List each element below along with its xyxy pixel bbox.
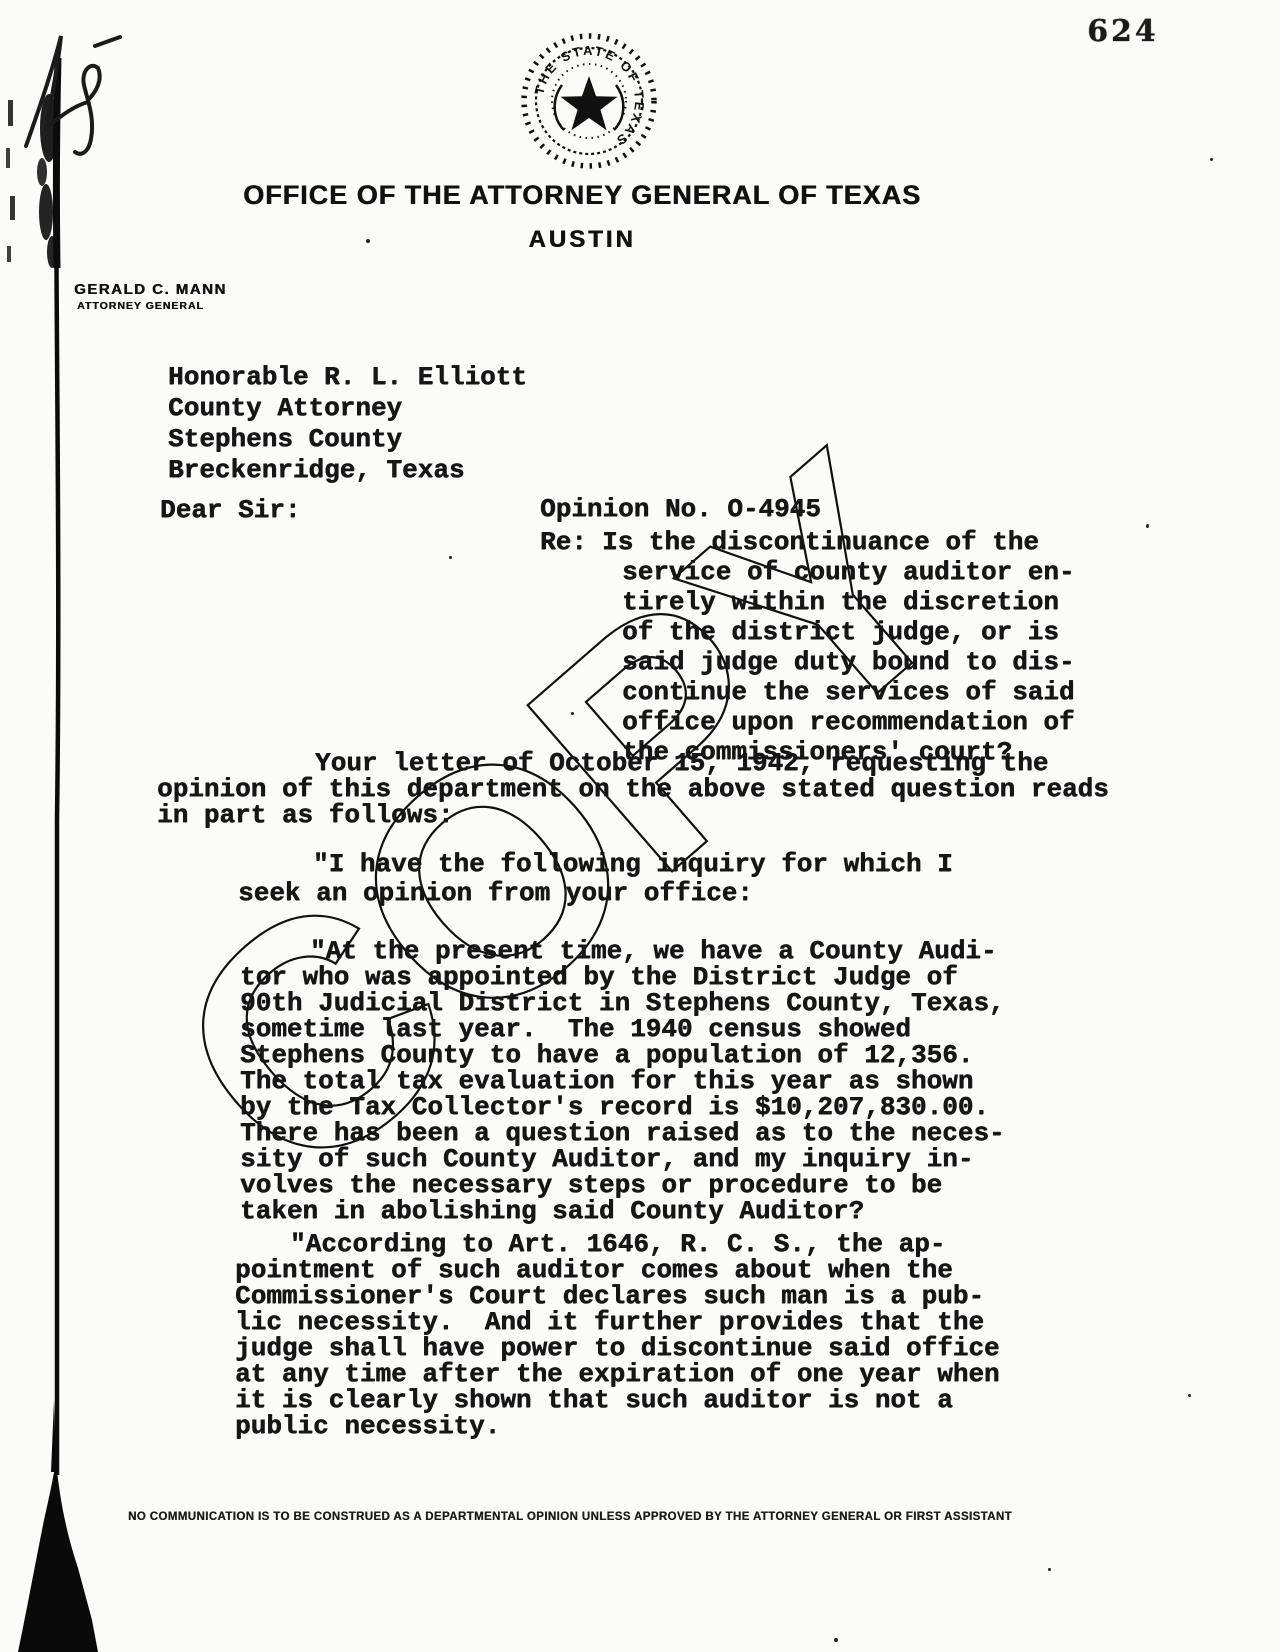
text-line: tirely within the discretion <box>602 587 1074 617</box>
letterhead-role: ATTORNEY GENERAL <box>77 300 204 312</box>
text-line: office upon recommendation of <box>602 707 1074 737</box>
text-line: service of county auditor en- <box>602 557 1074 587</box>
scan-speck <box>1210 158 1213 161</box>
quoted-paragraph-present-time: "At the present time, we have a County A… <box>240 939 1005 1225</box>
scan-speck <box>571 712 574 715</box>
star-icon <box>561 76 618 130</box>
re-subject-text: Is the discontinuance of theservice of c… <box>602 527 1074 767</box>
text-line: of the district judge, or is <box>602 617 1074 647</box>
text-line: Honorable R. L. Elliott <box>168 362 527 393</box>
scanned-letter-page: THE STATE OF TEXAS COPY 624 OFFICE OF TH… <box>0 0 1280 1652</box>
opinion-number: Opinion No. O-4945 <box>540 497 821 522</box>
scan-edge-artifact <box>0 0 140 1652</box>
text-line: Stephens County <box>168 424 527 455</box>
text-line: "I have the following inquiry for which … <box>238 850 953 879</box>
text-line: County Attorney <box>168 393 527 424</box>
recipient-address: Honorable R. L. ElliottCounty AttorneySt… <box>168 362 527 486</box>
scan-speck <box>366 239 370 243</box>
text-line: Is the discontinuance of the <box>602 527 1074 557</box>
header-subtitle: AUSTIN <box>197 226 967 254</box>
text-line: Breckenridge, Texas <box>168 455 527 486</box>
quoted-paragraph-according: "According to Art. 1646, R. C. S., the a… <box>235 1232 1000 1440</box>
letterhead-name: GERALD C. MANN <box>74 281 227 298</box>
text-line: public necessity. <box>235 1414 1000 1440</box>
scan-speck <box>449 556 452 559</box>
text-line: in part as follows: <box>157 803 1109 829</box>
re-label: Re: <box>540 527 587 557</box>
scan-speck <box>622 762 626 765</box>
handwritten-annotation <box>26 36 120 154</box>
text-line: continue the services of said <box>602 677 1074 707</box>
state-of-texas-seal-icon: THE STATE OF TEXAS <box>514 26 664 176</box>
text-line: taken in abolishing said County Auditor? <box>240 1199 1005 1225</box>
quoted-paragraph-inquiry: "I have the following inquiry for which … <box>238 850 953 908</box>
text-line: seek an opinion from your office: <box>238 879 953 908</box>
paragraph-your-letter: Your letter of October 15, 1942, request… <box>157 751 1109 829</box>
salutation: Dear Sir: <box>160 498 300 523</box>
scan-speck <box>1048 1568 1051 1571</box>
scan-speck <box>299 1208 302 1211</box>
scan-speck <box>1188 1394 1191 1397</box>
footer-disclaimer: NO COMMUNICATION IS TO BE CONSTRUED AS A… <box>80 1511 1060 1523</box>
scan-speck <box>1146 524 1149 528</box>
page-number: 624 <box>1068 14 1178 49</box>
header-title: OFFICE OF THE ATTORNEY GENERAL OF TEXAS <box>197 180 967 211</box>
text-line: said judge duty bound to dis- <box>602 647 1074 677</box>
scan-speck <box>834 1638 838 1642</box>
